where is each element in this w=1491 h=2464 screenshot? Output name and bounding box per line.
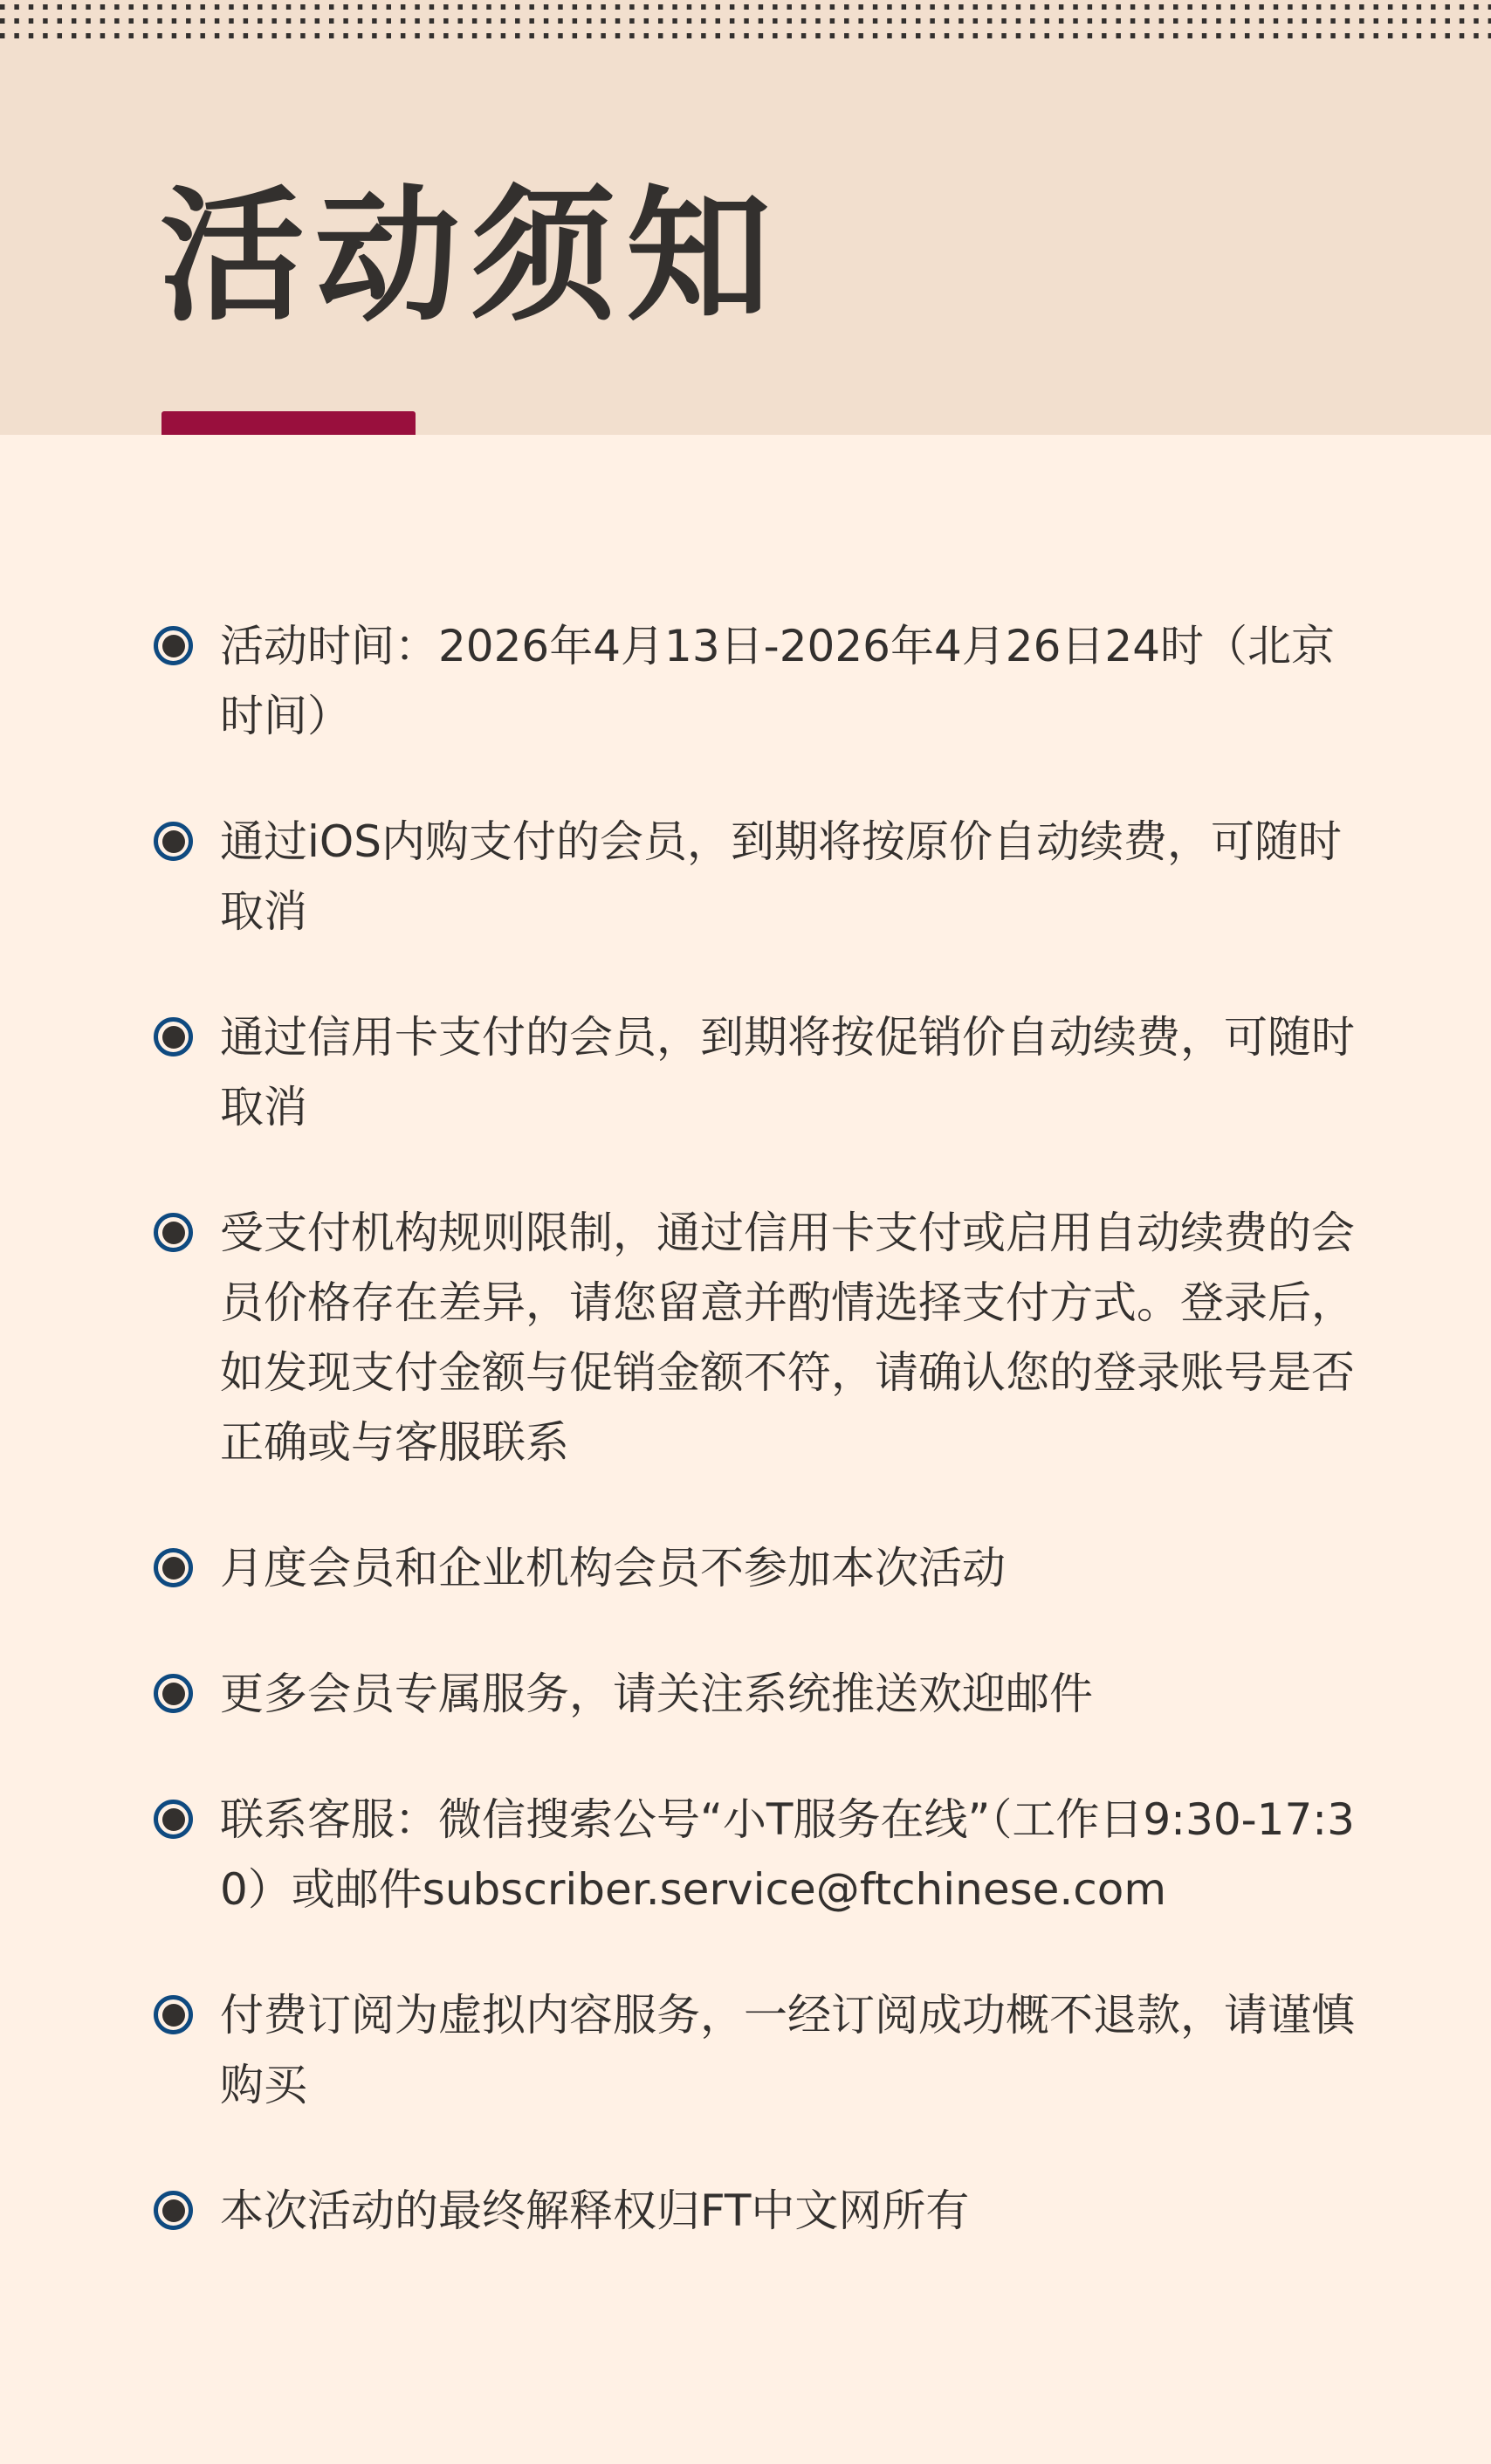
- notice-text: 受支付机构规则限制，通过信用卡支付或启用自动续费的会员价格存在差异，请您留意并酌…: [220, 1198, 1368, 1477]
- notice-text: 更多会员专属服务，请关注系统推送欢迎邮件: [220, 1659, 1368, 1729]
- radio-bullet-icon: [154, 1213, 193, 1252]
- radio-bullet-icon: [154, 1674, 193, 1713]
- notice-item: 活动时间：2026年4月13日-2026年4月26日24时（北京时间）: [154, 611, 1376, 751]
- notice-item: 通过信用卡支付的会员，到期将按促销价自动续费，可随时取消: [154, 1002, 1376, 1142]
- radio-bullet-icon: [154, 626, 193, 665]
- notice-text: 通过信用卡支付的会员，到期将按促销价自动续费，可随时取消: [220, 1002, 1368, 1142]
- dot-pattern-row-2: [0, 18, 1491, 24]
- notice-text: 本次活动的最终解释权归FT中文网所有: [220, 2176, 1368, 2246]
- notice-item: 更多会员专属服务，请关注系统推送欢迎邮件: [154, 1659, 1376, 1729]
- radio-bullet-icon: [154, 1995, 193, 2034]
- dot-pattern-row-3: [0, 33, 1491, 38]
- title-accent-bar: [161, 411, 416, 435]
- notice-item: 月度会员和企业机构会员不参加本次活动: [154, 1533, 1376, 1603]
- notice-item: 付费订阅为虚拟内容服务，一经订阅成功概不退款，请谨慎购买: [154, 1980, 1376, 2120]
- notice-text: 活动时间：2026年4月13日-2026年4月26日24时（北京时间）: [220, 611, 1368, 751]
- dot-pattern-row-1: [0, 4, 1491, 10]
- page-title: 活动须知: [160, 157, 781, 358]
- notice-item: 本次活动的最终解释权归FT中文网所有: [154, 2176, 1376, 2246]
- notice-item-contact: 联系客服：微信搜索公号“小T服务在线”（工作日9:30-17:30）或邮件sub…: [154, 1785, 1376, 1924]
- notice-item: 通过iOS内购支付的会员，到期将按原价自动续费，可随时取消: [154, 807, 1376, 946]
- notice-text: 付费订阅为虚拟内容服务，一经订阅成功概不退款，请谨慎购买: [220, 1980, 1368, 2120]
- radio-bullet-icon: [154, 822, 193, 861]
- radio-bullet-icon: [154, 1017, 193, 1056]
- notice-text: 联系客服：微信搜索公号“小T服务在线”（工作日9:30-17:30）或邮件sub…: [220, 1785, 1368, 1924]
- header-banner: 活动须知: [0, 0, 1491, 435]
- notice-text: 月度会员和企业机构会员不参加本次活动: [220, 1533, 1368, 1603]
- notice-text: 通过iOS内购支付的会员，到期将按原价自动续费，可随时取消: [220, 807, 1368, 946]
- radio-bullet-icon: [154, 1548, 193, 1587]
- radio-bullet-icon: [154, 1800, 193, 1839]
- radio-bullet-icon: [154, 2191, 193, 2230]
- notice-item: 受支付机构规则限制，通过信用卡支付或启用自动续费的会员价格存在差异，请您留意并酌…: [154, 1198, 1376, 1477]
- notice-list: 活动时间：2026年4月13日-2026年4月26日24时（北京时间） 通过iO…: [154, 611, 1376, 2302]
